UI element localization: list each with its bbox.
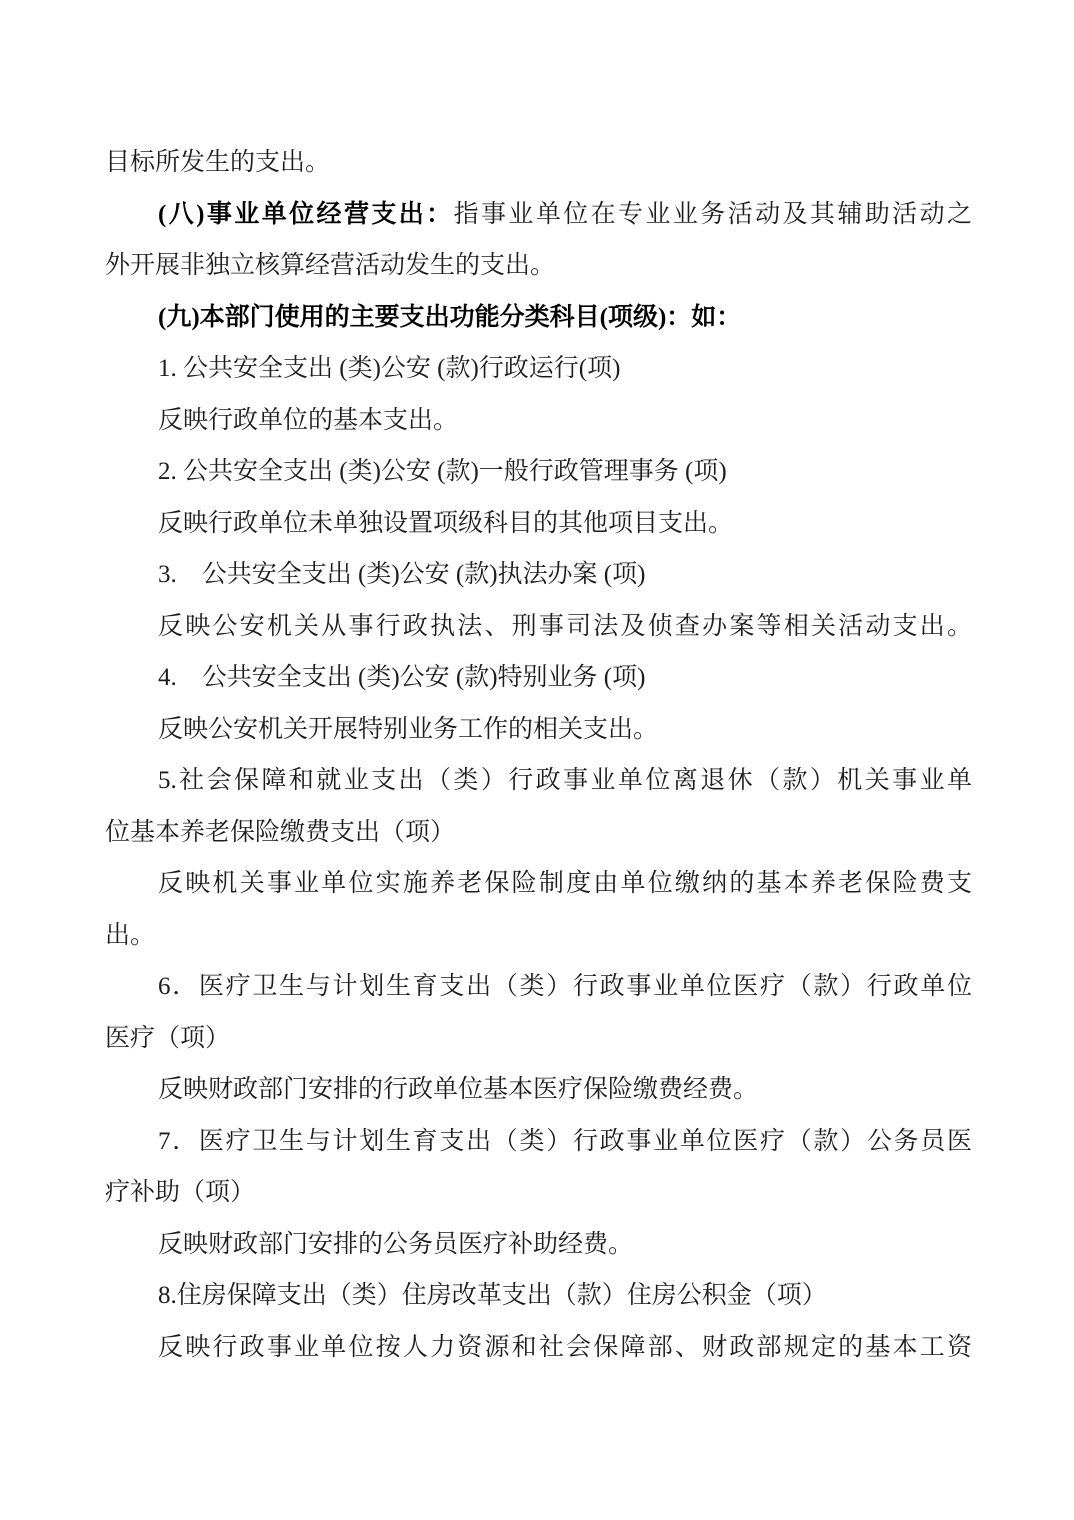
body-text-segment: 反映行政单位的基本支出。: [158, 407, 458, 434]
text-line: 反映公安机关开展特别业务工作的相关支出。: [105, 704, 972, 756]
text-line: 反映行政事业单位按人力资源和社会保障部、财政部规定的基本工资: [105, 1322, 972, 1374]
text-line: 反映行政单位未单独设置项级科目的其他项目支出。: [105, 498, 972, 550]
text-line: 出。: [105, 910, 972, 962]
text-line: 7．医疗卫生与计划生育支出（类）行政事业单位医疗（款）公务员医: [105, 1116, 972, 1168]
body-text-segment: 目标所发生的支出。: [105, 149, 330, 176]
text-line: 2. 公共安全支出 (类)公安 (款)一般行政管理事务 (项): [105, 446, 972, 498]
body-text-segment: 2. 公共安全支出 (类)公安 (款)一般行政管理事务 (项): [158, 458, 727, 485]
text-line: 反映行政单位的基本支出。: [105, 395, 972, 447]
body-text-segment: 疗补助（项）: [105, 1179, 255, 1206]
body-text-segment: 1. 公共安全支出 (类)公安 (款)行政运行(项): [158, 355, 620, 382]
body-text-segment: 6．医疗卫生与计划生育支出（类）行政事业单位医疗（款）行政单位: [158, 973, 972, 1000]
text-line: (八)事业单位经营支出：指事业单位在专业业务活动及其辅助活动之: [105, 189, 972, 241]
text-line: 医疗（项）: [105, 1013, 972, 1065]
text-line: 外开展非独立核算经营活动发生的支出。: [105, 240, 972, 292]
body-text-segment: 反映行政单位未单独设置项级科目的其他项目支出。: [158, 510, 733, 537]
text-line: 8.住房保障支出（类）住房改革支出（款）住房公积金（项）: [105, 1270, 972, 1322]
text-line: 疗补助（项）: [105, 1167, 972, 1219]
text-line: 1. 公共安全支出 (类)公安 (款)行政运行(项): [105, 343, 972, 395]
text-line: 5.社会保障和就业支出（类）行政事业单位离退休（款）机关事业单: [105, 755, 972, 807]
body-text-segment: 反映财政部门安排的行政单位基本医疗保险缴费经费。: [158, 1076, 758, 1103]
body-text-segment: 7．医疗卫生与计划生育支出（类）行政事业单位医疗（款）公务员医: [158, 1128, 972, 1155]
body-text-segment: 3. 公共安全支出 (类)公安 (款)执法办案 (项): [158, 561, 645, 588]
document-page: 目标所发生的支出。(八)事业单位经营支出：指事业单位在专业业务活动及其辅助活动之…: [0, 0, 1074, 1520]
body-text-segment: 8.住房保障支出（类）住房改革支出（款）住房公积金（项）: [158, 1282, 827, 1309]
body-text-segment: 反映公安机关开展特别业务工作的相关支出。: [158, 716, 658, 743]
body-text-segment: 5.社会保障和就业支出（类）行政事业单位离退休（款）机关事业单: [158, 767, 972, 794]
heading-text-segment: (九)本部门使用的主要支出功能分类科目(项级)：如：: [158, 304, 741, 331]
text-line: 目标所发生的支出。: [105, 137, 972, 189]
body-text-segment: 出。: [105, 922, 155, 949]
body-text-segment: 反映行政事业单位按人力资源和社会保障部、财政部规定的基本工资: [158, 1334, 972, 1361]
text-line: (九)本部门使用的主要支出功能分类科目(项级)：如：: [105, 292, 972, 344]
text-line: 3. 公共安全支出 (类)公安 (款)执法办案 (项): [105, 549, 972, 601]
body-text-segment: 反映财政部门安排的公务员医疗补助经费。: [158, 1231, 633, 1258]
body-text-segment: 反映公安机关从事行政执法、刑事司法及侦查办案等相关活动支出。: [158, 613, 972, 640]
text-line: 6．医疗卫生与计划生育支出（类）行政事业单位医疗（款）行政单位: [105, 961, 972, 1013]
body-text-segment: 位基本养老保险缴费支出（项）: [105, 819, 455, 846]
text-line: 反映财政部门安排的公务员医疗补助经费。: [105, 1219, 972, 1271]
heading-text-segment: (八)事业单位经营支出：: [158, 201, 454, 228]
text-line: 反映机关事业单位实施养老保险制度由单位缴纳的基本养老保险费支: [105, 858, 972, 910]
document-body: 目标所发生的支出。(八)事业单位经营支出：指事业单位在专业业务活动及其辅助活动之…: [105, 137, 972, 1373]
body-text-segment: 医疗（项）: [105, 1025, 230, 1052]
body-text-segment: 4. 公共安全支出 (类)公安 (款)特别业务 (项): [158, 664, 645, 691]
text-line: 位基本养老保险缴费支出（项）: [105, 807, 972, 859]
body-text-segment: 指事业单位在专业业务活动及其辅助活动之: [454, 201, 972, 228]
text-line: 反映财政部门安排的行政单位基本医疗保险缴费经费。: [105, 1064, 972, 1116]
text-line: 4. 公共安全支出 (类)公安 (款)特别业务 (项): [105, 652, 972, 704]
text-line: 反映公安机关从事行政执法、刑事司法及侦查办案等相关活动支出。: [105, 601, 972, 653]
body-text-segment: 反映机关事业单位实施养老保险制度由单位缴纳的基本养老保险费支: [158, 870, 972, 897]
body-text-segment: 外开展非独立核算经营活动发生的支出。: [105, 252, 555, 279]
